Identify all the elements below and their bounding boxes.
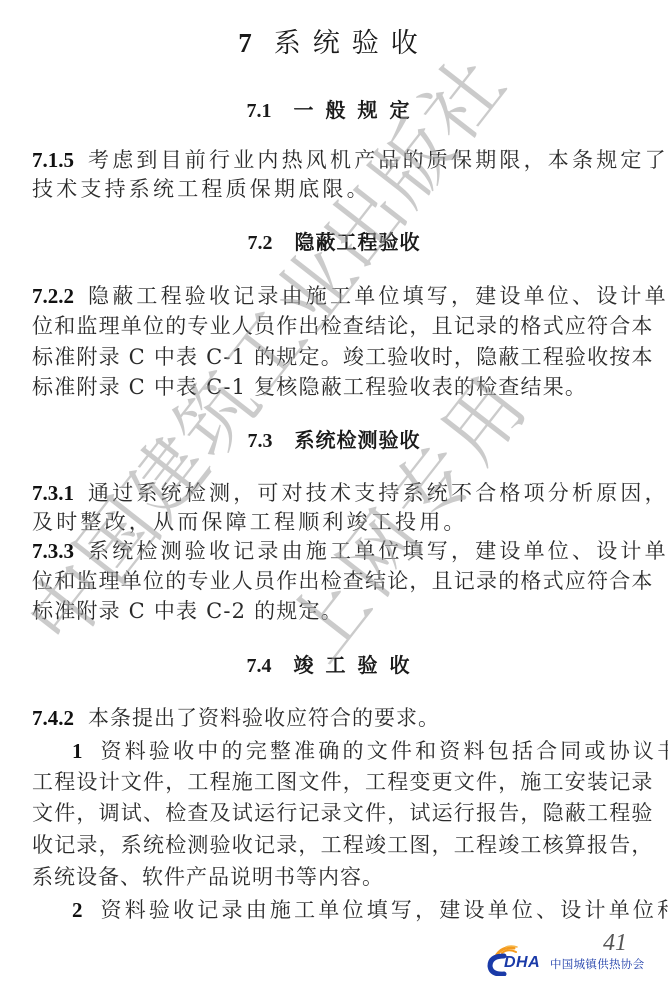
section-heading-7-4: 7.4竣工验收 — [0, 651, 668, 680]
chapter-title-text: 系统验收 — [274, 28, 430, 59]
item-number: 2 — [72, 898, 83, 922]
clause-number: 7.2.2 — [32, 284, 74, 308]
section-number: 7.2 — [248, 232, 273, 254]
clause-7-2-2-line-3: 标准附录 C 中表 C-1 的规定。竣工验收时，隐蔽工程验收按本 — [32, 342, 638, 372]
item-text: 资料验收中的完整准确的文件和资料包括合同或协议书， — [101, 739, 668, 763]
section-number: 7.4 — [247, 655, 272, 677]
section-title: 系统检测验收 — [295, 428, 421, 452]
item-1-line-5: 系统设备、软件产品说明书等内容。 — [32, 862, 638, 892]
organization-name: 中国城镇供热协会 — [550, 956, 644, 972]
item-number: 1 — [72, 739, 83, 763]
chapter-title: 7系统验收 — [0, 26, 668, 61]
clause-7-3-1-line-1: 7.3.1通过系统检测，可对技术支持系统不合格项分析原因， — [32, 478, 638, 508]
clause-7-2-2-line-4: 标准附录 C 中表 C-1 复核隐蔽工程验收表的检查结果。 — [32, 372, 638, 402]
clause-7-2-2-line-1: 7.2.2隐蔽工程验收记录由施工单位填写，建设单位、设计单 — [32, 281, 638, 311]
clause-number: 7.3.1 — [32, 481, 74, 505]
section-title: 隐蔽工程验收 — [295, 230, 421, 254]
clause-number: 7.3.3 — [32, 539, 74, 563]
section-number: 7.1 — [247, 100, 272, 122]
clause-number: 7.1.5 — [32, 148, 74, 172]
section-number: 7.3 — [248, 430, 273, 452]
clause-text: 本条提出了资料验收应符合的要求。 — [88, 706, 440, 730]
section-heading-7-3: 7.3系统检测验收 — [0, 426, 668, 455]
section-title: 一般规定 — [294, 98, 422, 122]
clause-7-3-1-line-2: 及时整改，从而保障工程顺利竣工投用。 — [32, 507, 638, 537]
document-page: 7系统验收 7.1一般规定 7.1.5考虑到目前行业内热风机产品的质保期限，本条… — [0, 0, 668, 989]
item-2-line-1: 2资料验收记录由施工单位填写，建设单位、设计单位和 — [72, 895, 638, 925]
clause-number: 7.4.2 — [32, 706, 74, 730]
item-1-line-2: 工程设计文件，工程施工图文件，工程变更文件，施工安装记录 — [32, 767, 638, 797]
logo-text: DHA — [504, 954, 540, 972]
clause-7-2-2-line-2: 位和监理单位的专业人员作出检查结论，且记录的格式应符合本 — [32, 311, 638, 341]
clause-7-4-2-line-1: 7.4.2本条提出了资料验收应符合的要求。 — [32, 703, 638, 733]
item-text: 资料验收记录由施工单位填写，建设单位、设计单位和 — [101, 898, 668, 922]
clause-7-3-3-line-2: 位和监理单位的专业人员作出检查结论，且记录的格式应符合本 — [32, 566, 638, 596]
item-1-line-4: 收记录，系统检测验收记录，工程竣工图，工程竣工核算报告， — [32, 830, 638, 860]
section-title: 竣工验收 — [294, 653, 422, 677]
item-1-line-1: 1资料验收中的完整准确的文件和资料包括合同或协议书， — [72, 736, 638, 766]
clause-7-3-3-line-1: 7.3.3系统检测验收记录由施工单位填写，建设单位、设计单 — [32, 536, 638, 566]
clause-text: 系统检测验收记录由施工单位填写，建设单位、设计单 — [88, 539, 668, 563]
clause-text: 通过系统检测，可对技术支持系统不合格项分析原因， — [88, 481, 668, 505]
clause-7-1-5-line-1: 7.1.5考虑到目前行业内热风机产品的质保期限，本条规定了 — [32, 145, 638, 175]
section-heading-7-2: 7.2隐蔽工程验收 — [0, 228, 668, 257]
footer-logo: DHA 中国城镇供热协会 — [486, 944, 668, 978]
clause-text: 考虑到目前行业内热风机产品的质保期限，本条规定了 — [88, 148, 668, 172]
clause-7-1-5-line-2: 技术支持系统工程质保期底限。 — [32, 174, 638, 204]
section-heading-7-1: 7.1一般规定 — [0, 96, 668, 125]
clause-7-3-3-line-3: 标准附录 C 中表 C-2 的规定。 — [32, 596, 638, 626]
item-1-line-3: 文件，调试、检查及试运行记录文件，试运行报告，隐蔽工程验 — [32, 798, 638, 828]
chapter-number: 7 — [238, 28, 252, 58]
clause-text: 隐蔽工程验收记录由施工单位填写，建设单位、设计单 — [88, 284, 668, 308]
